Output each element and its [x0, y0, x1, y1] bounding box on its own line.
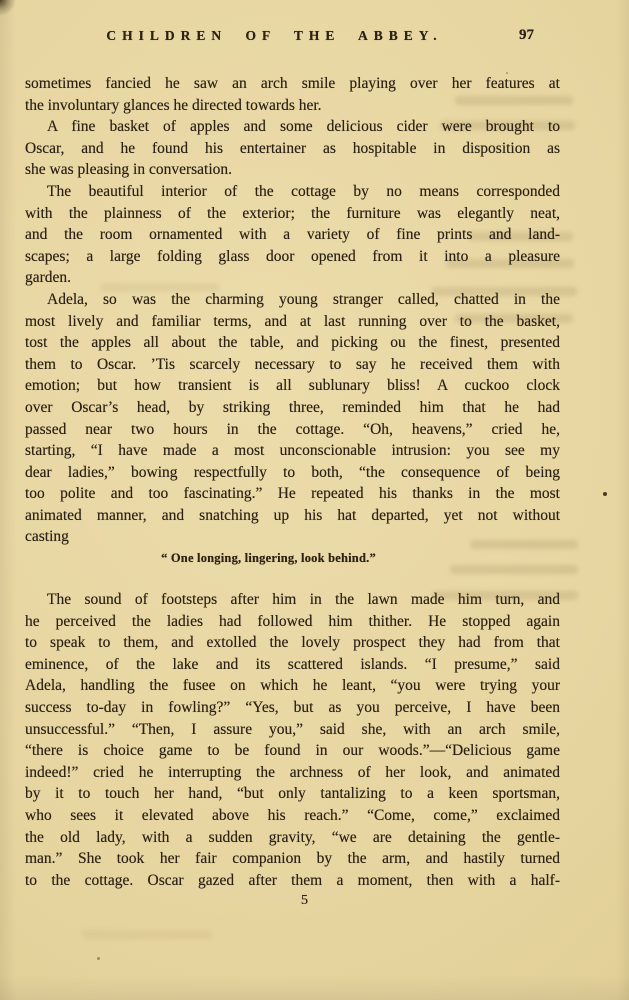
text-line: he perceived the ladies had followed him…	[25, 611, 560, 633]
text-line: sometimes fancied he saw an arch smile p…	[25, 73, 560, 95]
ink-speck	[603, 492, 607, 496]
text-line: “there is choice game to be found in our…	[25, 740, 560, 762]
signature-mark: 5	[37, 892, 572, 910]
show-through-ghost	[82, 930, 212, 939]
paragraph: sometimes fancied he saw an arch smile p…	[25, 73, 560, 116]
text-line: success to-day in fowling?” “Yes, but as…	[25, 697, 560, 719]
text-line: indeed!” cried he interrupting the archn…	[25, 762, 560, 784]
text-line: A fine basket of apples and some delicio…	[25, 116, 560, 138]
text-line: the involuntary glances he directed towa…	[25, 95, 560, 117]
text-line: The sound of footsteps after him in the …	[25, 589, 560, 611]
text-line: them to Oscar. ’Tis scarcely necessary t…	[25, 354, 560, 376]
text-line: and the room ornamented with a variety o…	[25, 224, 560, 246]
text-line: animated manner, and snatching up his ha…	[25, 505, 560, 527]
paragraph: A fine basket of apples and some delicio…	[25, 116, 560, 181]
text-line: too polite and too fascinating.” He repe…	[25, 483, 560, 505]
text-line: tost the apples all about the table, and…	[25, 332, 560, 354]
verse-quote: “ One longing, lingering, look behind.”	[1, 549, 536, 567]
text-line: starting, “I have made a most unconscion…	[25, 440, 560, 462]
text-line: garden.	[25, 267, 560, 289]
text-line: Adela, handling the fusee on which he le…	[25, 675, 560, 697]
scan-corner-mark	[0, 0, 30, 26]
text-line: scapes; a large folding glass door opene…	[25, 246, 560, 268]
text-line: The beautiful interior of the cottage by…	[25, 181, 560, 203]
text-line: unsuccessful.” “Then, I assure you,” sai…	[25, 719, 560, 741]
text-line: passed near two hours in the cottage. “O…	[25, 419, 560, 441]
text-line: over Oscar’s head, by striking three, re…	[25, 397, 560, 419]
text-line: most lively and familiar terms, and at l…	[25, 311, 560, 333]
paragraph: Adela, so was the charming young strange…	[25, 289, 560, 548]
text-line: Oscar, and he found his entertainer as h…	[25, 138, 560, 160]
text-line: to the cottage. Oscar gazed after them a…	[25, 870, 560, 892]
text-line: the old lady, with a sudden gravity, “we…	[25, 827, 560, 849]
text-line: man.” She took her fair companion by the…	[25, 848, 560, 870]
paragraph: The sound of footsteps after him in the …	[25, 589, 560, 891]
book-page: CHILDREN OF THE ABBEY. 97 sometimes fanc…	[0, 0, 629, 1000]
text-line: by it to touch her hand, “but only tanta…	[25, 783, 560, 805]
page-number: 97	[519, 27, 534, 44]
text-line: she was pleasing in conversation.	[25, 159, 560, 181]
text-line: dear ladies,” bowing respectfully to bot…	[25, 462, 560, 484]
running-header: CHILDREN OF THE ABBEY. 97	[25, 28, 560, 48]
text-line: eminence, of the lake and its scattered …	[25, 654, 560, 676]
text-line: emotion; but how transient is all sublun…	[25, 375, 560, 397]
text-line: who sees it elevated above his reach.” “…	[25, 805, 560, 827]
ink-speck	[97, 957, 100, 960]
text-line: Adela, so was the charming young strange…	[25, 289, 560, 311]
book-title: CHILDREN OF THE ABBEY.	[25, 28, 524, 44]
text-line: to speak to them, and extolled the lovel…	[25, 632, 560, 654]
text-line: with the plainness of the exterior; the …	[25, 203, 560, 225]
text-line: casting	[25, 526, 560, 548]
page-text: sometimes fancied he saw an arch smile p…	[25, 73, 560, 910]
paragraph: The beautiful interior of the cottage by…	[25, 181, 560, 289]
